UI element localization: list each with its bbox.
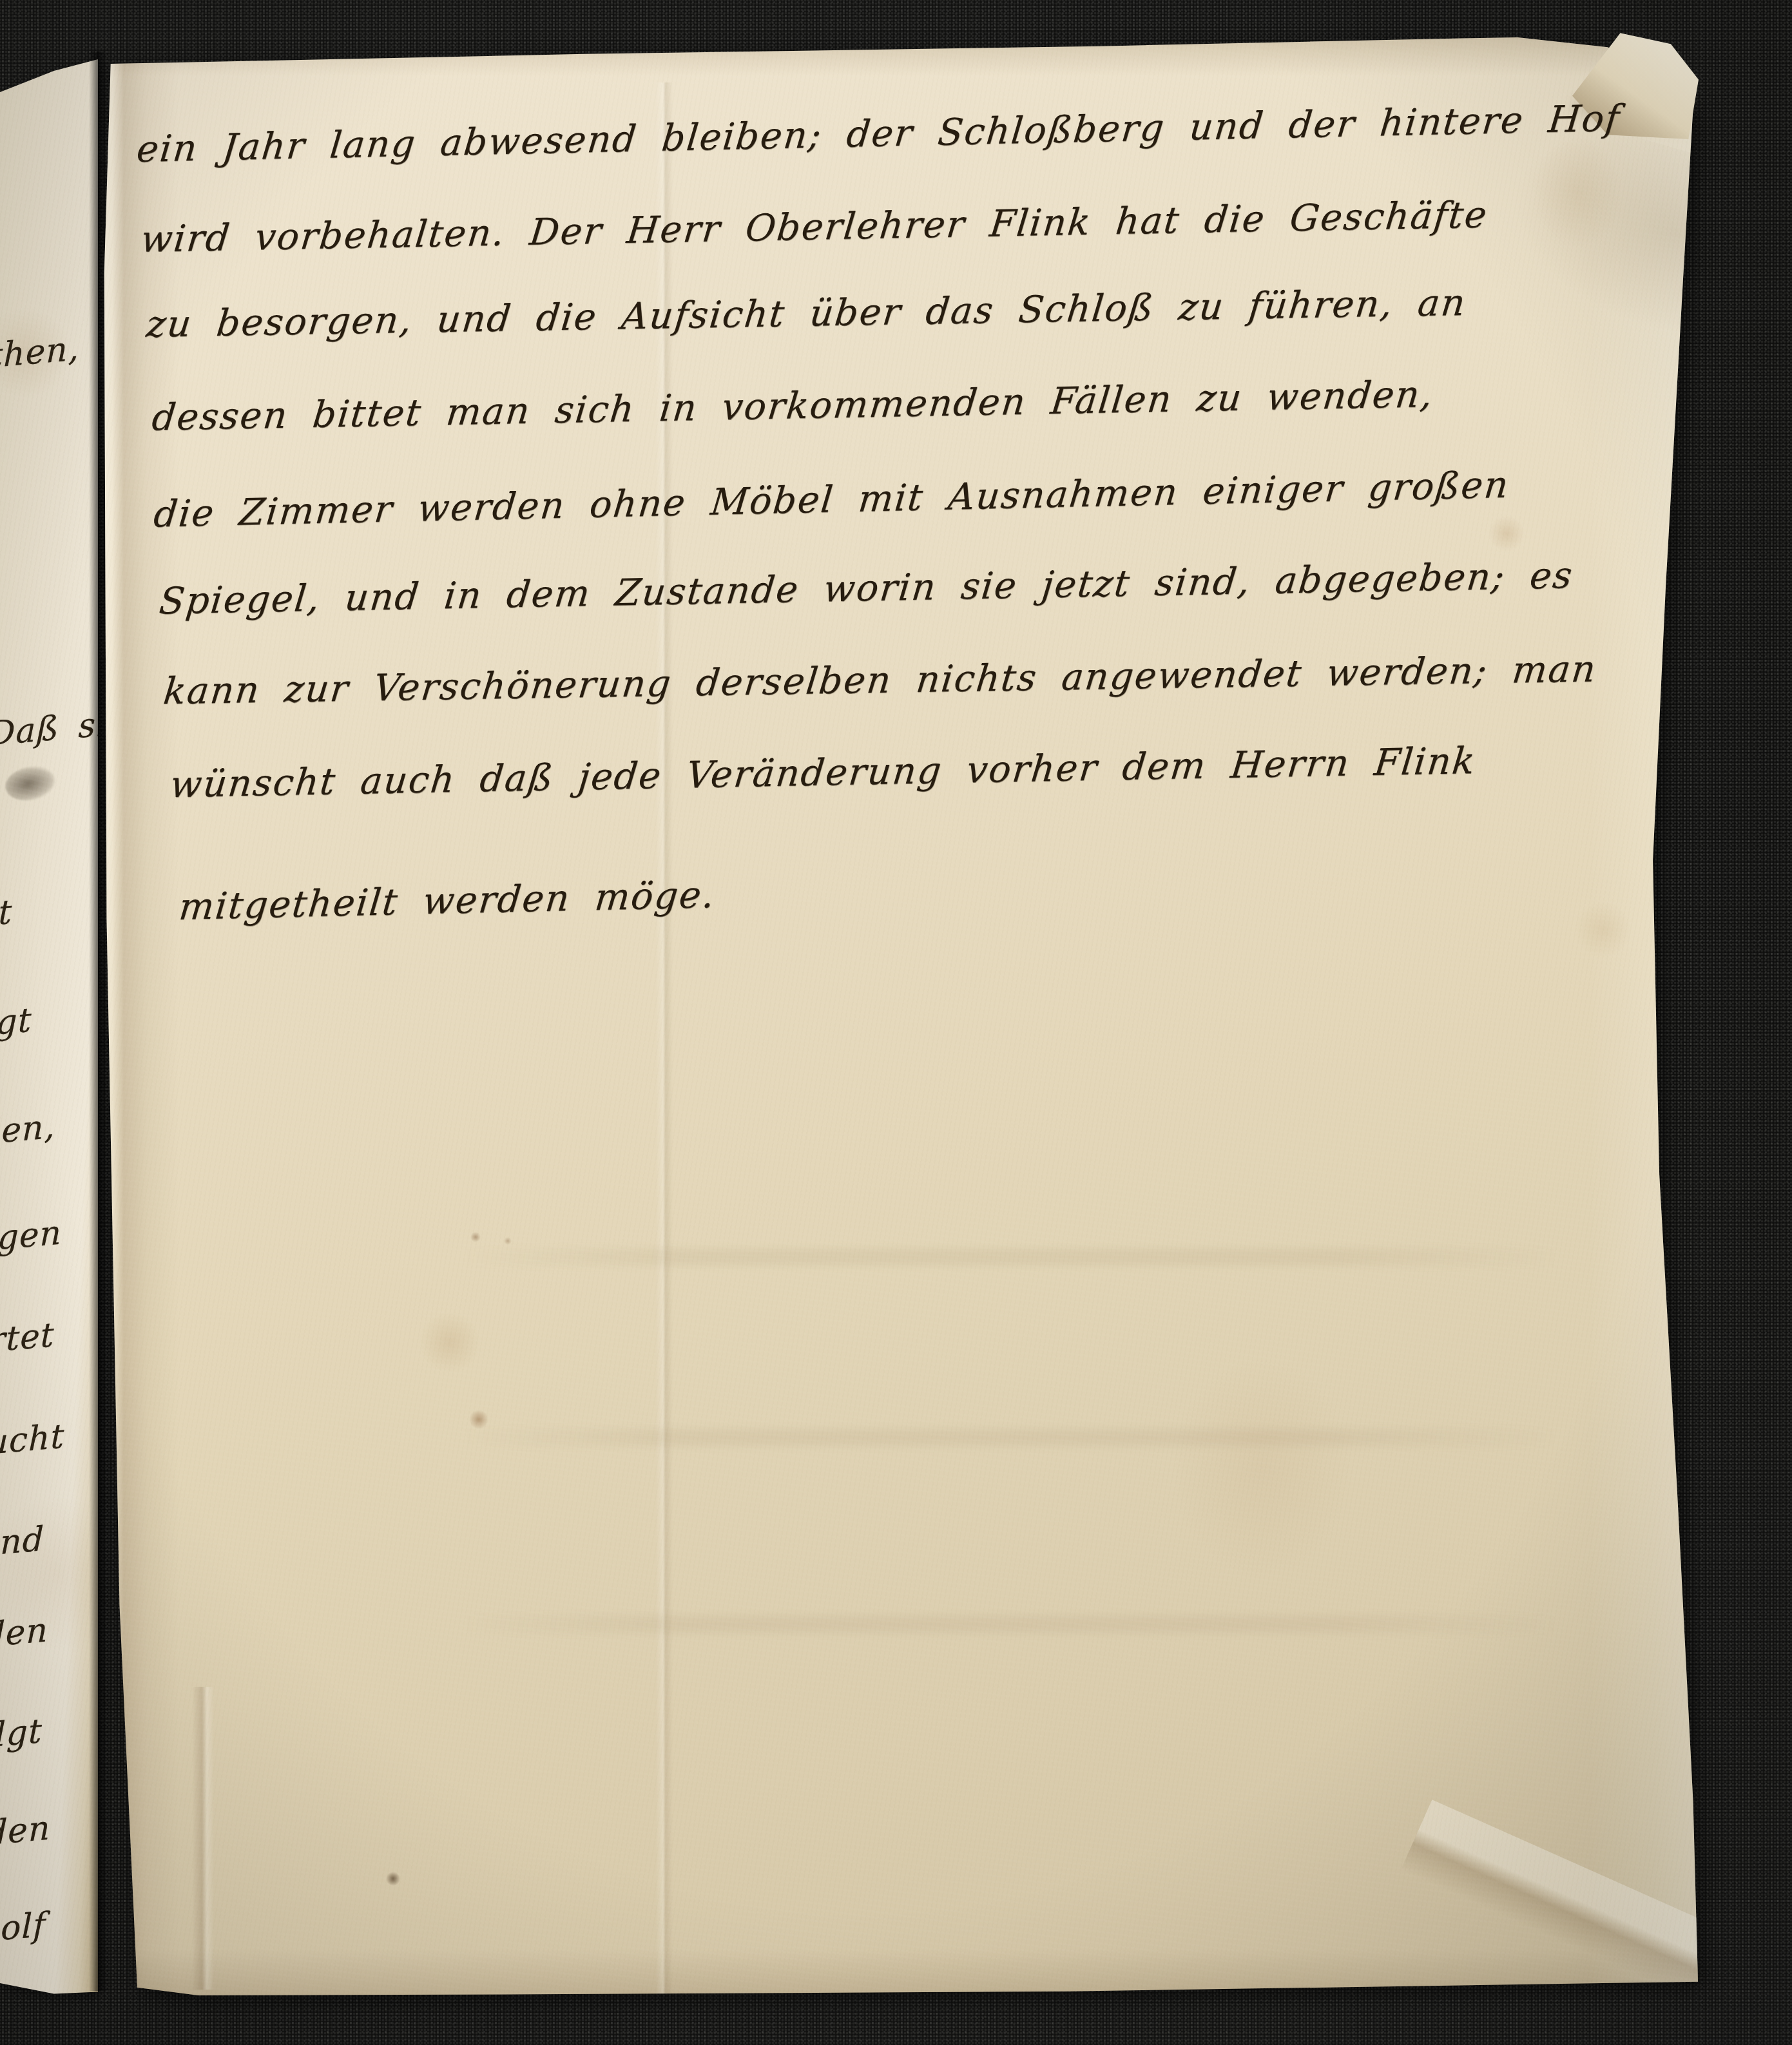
sliver-text-fragment: braucht — [0, 1405, 65, 1479]
manuscript-line: ein Jahr lang abwesend bleiben; der Schl… — [133, 84, 1624, 184]
ink-bleedthrough — [463, 1249, 1558, 1265]
left-page-sliver: ilkenthen, Daß sich alt sorgt nden, gege… — [0, 59, 98, 1995]
sliver-text-fragment: alt — [0, 881, 13, 948]
manuscript-line: dessen bittet man sich in vorkommenden F… — [149, 360, 1438, 453]
manuscript-line: kann zur Verschönerung derselben nichts … — [160, 634, 1600, 726]
ink-smudge — [2, 762, 58, 805]
ink-bleedthrough — [463, 1429, 1558, 1446]
manuscript-line: Spiegel, und in dem Zustande worin sie j… — [156, 541, 1577, 636]
sliver-text-fragment: nden, — [0, 1095, 56, 1166]
manuscript-line: mitgetheilt werden möge. — [176, 860, 719, 942]
sliver-text-fragment: werden — [0, 1599, 49, 1673]
manuscript-line: wird vorbehalten. Der Herr Oberlehrer Fl… — [137, 180, 1491, 274]
manuscript-line: die Zimmer werden ohne Möbel mit Ausnahm… — [150, 450, 1512, 549]
manuscript-text-block: ein Jahr lang abwesend bleiben; der Schl… — [132, 68, 1709, 1063]
sliver-text-fragment: folgt — [0, 1700, 43, 1770]
sliver-text-fragment: ilkenthen, — [0, 318, 80, 395]
sliver-text-fragment: anden — [0, 1797, 51, 1868]
sliver-text-fragment: gegen — [0, 1202, 63, 1273]
manuscript-line: zu besorgen, und die Aufsicht über das S… — [143, 268, 1470, 360]
ink-bleedthrough — [463, 1616, 1558, 1633]
archival-photo: { "photo": { "background_color": "#10101… — [0, 0, 1792, 2045]
manuscript-line: wünscht auch daß jede Veränderung vorher… — [167, 726, 1479, 820]
sliver-text-fragment: und — [0, 1508, 45, 1577]
sliver-text-fragment: würtet — [0, 1304, 55, 1376]
sliver-text-fragment: sorgt — [0, 989, 32, 1059]
sliver-text-fragment: wolf — [0, 1894, 46, 1963]
bottomleft-fold-crease — [192, 1687, 214, 1990]
sliver-text-fragment: Daß sich — [0, 689, 98, 765]
